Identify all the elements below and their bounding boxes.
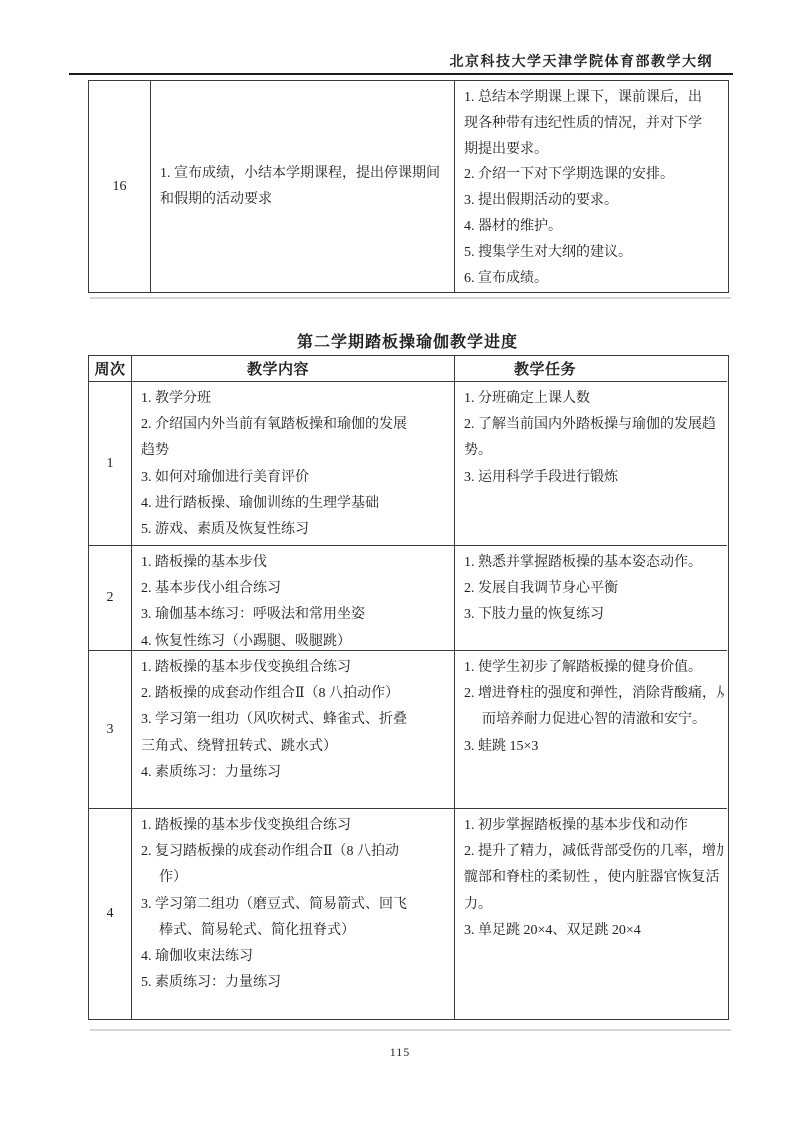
text-line: 4. 素质练习：力量练习 <box>141 760 451 786</box>
week-cell: 4 <box>89 808 131 1019</box>
text-line: 现各种带有违纪性质的情况，并对下学 <box>464 111 724 137</box>
text-line: 和假期的活动要求 <box>160 187 451 213</box>
text-line: 4. 进行踏板操、瑜伽训练的生理学基础 <box>141 491 451 517</box>
text-line: 势。 <box>464 438 724 464</box>
text-line: 6. 宣布成绩。 <box>464 266 724 292</box>
teaching-task-cell: 1. 使学生初步了解踏板操的健身价值。2. 增进脊柱的强度和弹性，消除背酸痛，从… <box>454 650 727 808</box>
text-line: 3. 学习第二组功（磨豆式、简易箭式、回飞 <box>141 892 451 918</box>
document-page: 北京科技大学天津学院体育部教学大纲 16 1. 宣布成绩，小结本学期课程，提出停… <box>0 0 800 1131</box>
text-line: 4. 器材的维护。 <box>464 214 724 240</box>
teaching-task-cell: 1. 总结本学期课上课下，课前课后，出现各种带有违纪性质的情况，并对下学期提出要… <box>454 81 727 292</box>
text-line: 趋势 <box>141 438 451 464</box>
text-line: 1. 宣布成绩，小结本学期课程，提出停课期间 <box>160 161 451 187</box>
text-line: 3. 运用科学手段进行锻炼 <box>464 465 724 491</box>
text-line: 三角式、绕臂扭转式、跳水式） <box>141 734 451 760</box>
column-header-week: 周次 <box>89 356 131 381</box>
text-line: 1. 使学生初步了解踏板操的健身价值。 <box>464 655 724 681</box>
text-line: 2. 介绍一下对下学期选课的安排。 <box>464 162 724 188</box>
week-cell: 2 <box>89 545 131 650</box>
text-line: 1. 分班确定上课人数 <box>464 386 724 412</box>
text-line: 2. 介绍国内外当前有氧踏板操和瑜伽的发展 <box>141 412 451 438</box>
teaching-content-cell: 1. 踏板操的基本步伐2. 基本步伐小组合练习3. 瑜伽基本练习：呼吸法和常用坐… <box>131 545 454 650</box>
text-line: 力。 <box>464 892 724 918</box>
text-line: 3. 提出假期活动的要求。 <box>464 188 724 214</box>
text-line: 4. 恢复性练习（小踢腿、吸腿跳） <box>141 629 451 650</box>
text-line: 髋部和脊柱的柔韧性 ，使内脏器官恢复活 <box>464 865 724 891</box>
semester2-progress-table: 周次 教学内容 教学任务 1 1. 教学分班2. 介绍国内外当前有氧踏板操和瑜伽… <box>88 355 729 1020</box>
teaching-task-cell: 1. 熟悉并掌握踏板操的基本姿态动作。2. 发展自我调节身心平衡3. 下肢力量的… <box>454 545 727 650</box>
text-line: 3. 瑜伽基本练习：呼吸法和常用坐姿 <box>141 602 451 628</box>
text-line: 2. 踏板操的成套动作组合Ⅱ（8 八拍动作） <box>141 681 451 707</box>
text-line: 3. 蛙跳 15×3 <box>464 734 724 760</box>
teaching-content-cell: 1. 宣布成绩，小结本学期课程，提出停课期间和假期的活动要求 <box>150 81 454 292</box>
text-line: 1. 踏板操的基本步伐变换组合练习 <box>141 813 451 839</box>
column-header-task: 教学任务 <box>454 356 727 381</box>
teaching-task-cell: 1. 分班确定上课人数2. 了解当前国内外踏板操与瑜伽的发展趋势。3. 运用科学… <box>454 381 727 545</box>
text-line: 2. 了解当前国内外踏板操与瑜伽的发展趋 <box>464 412 724 438</box>
text-line: 5. 素质练习：力量练习 <box>141 970 451 996</box>
table-shadow-line <box>90 1029 731 1031</box>
text-line: 棒式、简易轮式、简化扭脊式） <box>141 918 451 944</box>
week-cell: 3 <box>89 650 131 808</box>
text-line: 2. 基本步伐小组合练习 <box>141 576 451 602</box>
text-line: 期提出要求。 <box>464 137 724 163</box>
text-line: 而培养耐力促进心智的清澈和安宁。 <box>464 707 724 733</box>
text-line: 5. 搜集学生对大纲的建议。 <box>464 240 724 266</box>
text-line: 作） <box>141 865 451 891</box>
text-line: 3. 如何对瑜伽进行美育评价 <box>141 465 451 491</box>
text-line: 3. 单足跳 20×4、双足跳 20×4 <box>464 918 724 944</box>
text-line: 3. 下肢力量的恢复练习 <box>464 602 724 628</box>
text-line: 5. 游戏、素质及恢复性练习 <box>141 517 451 543</box>
text-line: 2. 增进脊柱的强度和弹性，消除背酸痛，从 <box>464 681 724 707</box>
page-number: 115 <box>0 1045 800 1060</box>
header-title: 北京科技大学天津学院体育部教学大纲 <box>450 51 714 71</box>
week-cell: 16 <box>89 81 150 292</box>
week16-table: 16 1. 宣布成绩，小结本学期课程，提出停课期间和假期的活动要求 1. 总结本… <box>88 80 729 293</box>
text-line: 4. 瑜伽收束法练习 <box>141 944 451 970</box>
text-line: 1. 教学分班 <box>141 386 451 412</box>
text-line: 1. 踏板操的基本步伐 <box>141 550 451 576</box>
text-line: 2. 复习踏板操的成套动作组合Ⅱ（8 八拍动 <box>141 839 451 865</box>
text-line: 2. 提升了精力，减低背部受伤的几率，增加 <box>464 839 724 865</box>
teaching-content-cell: 1. 踏板操的基本步伐变换组合练习2. 踏板操的成套动作组合Ⅱ（8 八拍动作）3… <box>131 650 454 808</box>
section-title: 第二学期踏板操瑜伽教学进度 <box>88 329 727 352</box>
text-line: 1. 总结本学期课上课下，课前课后，出 <box>464 85 724 111</box>
header-divider <box>69 73 733 75</box>
text-line: 3. 学习第一组功（风吹树式、蜂雀式、折叠 <box>141 707 451 733</box>
text-line: 2. 发展自我调节身心平衡 <box>464 576 724 602</box>
teaching-content-cell: 1. 教学分班2. 介绍国内外当前有氧踏板操和瑜伽的发展趋势3. 如何对瑜伽进行… <box>131 381 454 545</box>
table-shadow-line <box>90 297 731 299</box>
text-line: 1. 熟悉并掌握踏板操的基本姿态动作。 <box>464 550 724 576</box>
text-line: 1. 踏板操的基本步伐变换组合练习 <box>141 655 451 681</box>
teaching-content-cell: 1. 踏板操的基本步伐变换组合练习2. 复习踏板操的成套动作组合Ⅱ（8 八拍动作… <box>131 808 454 1019</box>
teaching-task-cell: 1. 初步掌握踏板操的基本步伐和动作2. 提升了精力，减低背部受伤的几率，增加髋… <box>454 808 727 1019</box>
column-header-content: 教学内容 <box>131 356 454 381</box>
text-line: 1. 初步掌握踏板操的基本步伐和动作 <box>464 813 724 839</box>
week-cell: 1 <box>89 381 131 545</box>
